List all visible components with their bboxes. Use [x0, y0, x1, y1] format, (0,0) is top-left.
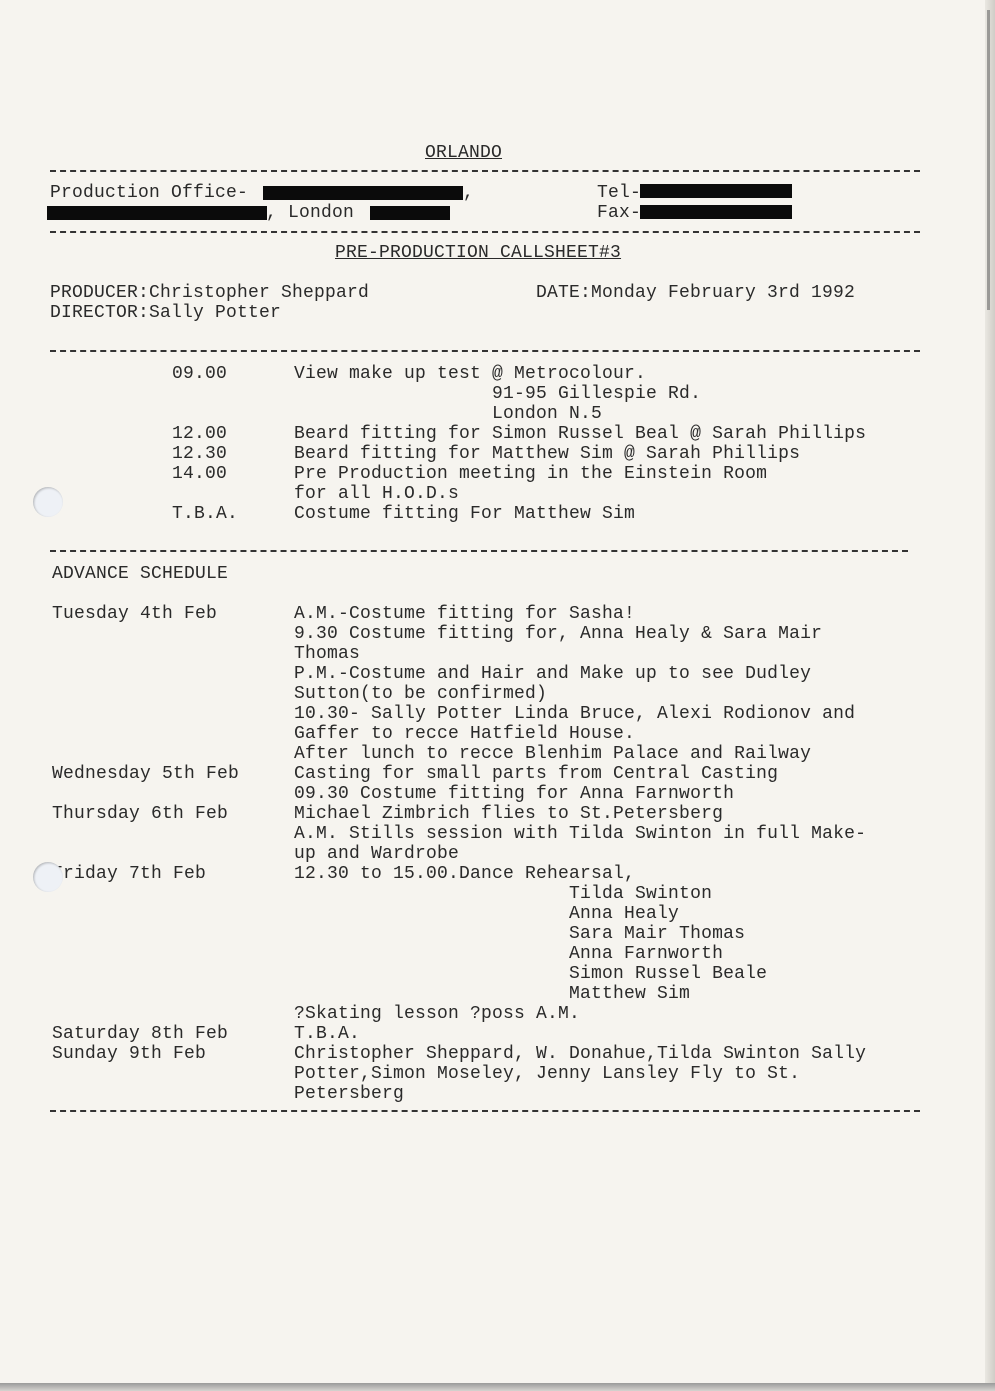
schedule-entry: Beard fitting for Matthew Sim @ Sarah Ph…: [294, 444, 800, 464]
paper-edge: [985, 0, 995, 1391]
schedule-entry: T.B.A.: [294, 1024, 360, 1044]
tel-label: Tel-: [597, 183, 641, 203]
date: DATE:Monday February 3rd 1992: [536, 283, 855, 303]
punch-hole: [33, 487, 63, 517]
schedule-entry: Michael Zimbrich flies to St.Petersberg: [294, 804, 723, 824]
schedule-entry: 12.30 to 15.00.Dance Rehearsal,: [294, 864, 635, 884]
divider: [50, 550, 908, 552]
office-city: , London: [266, 203, 354, 223]
schedule-entry: 91-95 Gillespie Rd.: [294, 384, 701, 404]
schedule-entry: Thomas: [294, 644, 360, 664]
schedule-entry: After lunch to recce Blenhim Palace and …: [294, 744, 811, 764]
schedule-entry: Simon Russel Beale: [294, 964, 767, 984]
schedule-time: 14.00: [172, 464, 227, 484]
schedule-entry: Petersberg: [294, 1084, 404, 1104]
divider: [50, 231, 920, 233]
schedule-entry: Casting for small parts from Central Cas…: [294, 764, 778, 784]
schedule-entry: View make up test @ Metrocolour.: [294, 364, 646, 384]
schedule-entry: 9.30 Costume fitting for, Anna Healy & S…: [294, 624, 822, 644]
schedule-entry: ?Skating lesson ?poss A.M.: [294, 1004, 580, 1024]
callsheet-subtitle: PRE-PRODUCTION CALLSHEET#3: [335, 243, 621, 263]
paper-edge: [0, 1383, 995, 1391]
schedule-entry: P.M.-Costume and Hair and Make up to see…: [294, 664, 811, 684]
schedule-entry: Potter,Simon Moseley, Jenny Lansley Fly …: [294, 1064, 800, 1084]
advance-schedule-heading: ADVANCE SCHEDULE: [52, 564, 228, 584]
callsheet-page: ORLANDO Production Office- , , London Te…: [0, 0, 985, 1383]
schedule-time: T.B.A.: [172, 504, 238, 524]
schedule-entry: London N.5: [294, 404, 602, 424]
document-title: ORLANDO: [425, 143, 502, 163]
comma: ,: [463, 183, 474, 203]
schedule-day: Tuesday 4th Feb: [52, 604, 217, 624]
schedule-entry: A.M. Stills session with Tilda Swinton i…: [294, 824, 866, 844]
schedule-entry: Tilda Swinton: [294, 884, 712, 904]
schedule-entry: Anna Farnworth: [294, 944, 723, 964]
schedule-time: 12.00: [172, 424, 227, 444]
schedule-day: Wednesday 5th Feb: [52, 764, 239, 784]
producer: PRODUCER:Christopher Sheppard: [50, 283, 369, 303]
schedule-entry: Matthew Sim: [294, 984, 690, 1004]
redacted-postcode: [370, 206, 450, 220]
redacted-address-line2: [47, 206, 267, 220]
schedule-entry: Christopher Sheppard, W. Donahue,Tilda S…: [294, 1044, 866, 1064]
production-office-label: Production Office-: [50, 183, 248, 203]
schedule-time: 09.00: [172, 364, 227, 384]
schedule-entry: Costume fitting For Matthew Sim: [294, 504, 635, 524]
divider: [50, 350, 920, 352]
schedule-entry: Gaffer to recce Hatfield House.: [294, 724, 635, 744]
schedule-entry: A.M.-Costume fitting for Sasha!: [294, 604, 635, 624]
divider: [50, 170, 920, 172]
redacted-tel: [640, 184, 792, 198]
schedule-entry: Beard fitting for Simon Russel Beal @ Sa…: [294, 424, 866, 444]
schedule-day: Saturday 8th Feb: [52, 1024, 228, 1044]
schedule-day: Sunday 9th Feb: [52, 1044, 206, 1064]
divider: [50, 1110, 920, 1112]
schedule-day: Thursday 6th Feb: [52, 804, 228, 824]
schedule-entry: up and Wardrobe: [294, 844, 459, 864]
schedule-entry: Anna Healy: [294, 904, 679, 924]
fax-label: Fax-: [597, 203, 641, 223]
schedule-time: 12.30: [172, 444, 227, 464]
director: DIRECTOR:Sally Potter: [50, 303, 281, 323]
redacted-fax: [640, 205, 792, 219]
schedule-entry: Pre Production meeting in the Einstein R…: [294, 464, 767, 484]
schedule-entry: 09.30 Costume fitting for Anna Farnworth: [294, 784, 734, 804]
schedule-entry: 10.30- Sally Potter Linda Bruce, Alexi R…: [294, 704, 855, 724]
punch-hole: [33, 862, 63, 892]
schedule-entry: Sutton(to be confirmed): [294, 684, 547, 704]
redacted-address: [263, 186, 463, 200]
schedule-entry: Sara Mair Thomas: [294, 924, 745, 944]
schedule-entry: for all H.O.D.s: [294, 484, 459, 504]
schedule-day: Friday 7th Feb: [52, 864, 206, 884]
